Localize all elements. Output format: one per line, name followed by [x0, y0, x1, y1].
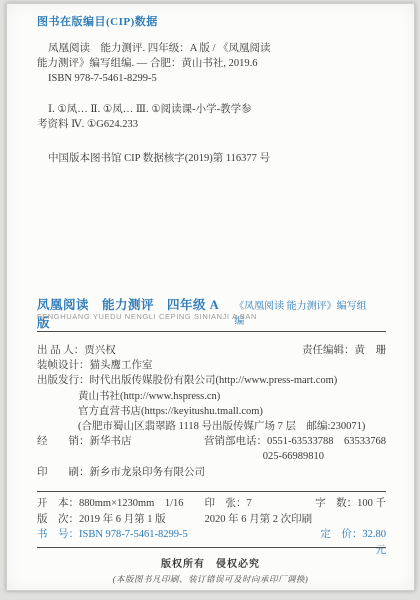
cip-class-line-2: 考资料 Ⅳ. ①G624.233	[37, 117, 386, 132]
cip-header: 图书在版编目(CIP)数据	[37, 15, 386, 30]
footer-block: 版权所有 侵权必究 (本版图书凡印刷、装订错误可及时向承印厂调换)	[7, 555, 414, 585]
impression: 2020 年 6 月第 2 次印刷	[205, 512, 345, 528]
responsible-editor: 责任编辑：黄 珊	[302, 343, 386, 358]
cip-record-number: 中国版本图书馆 CIP 数据核字(2019)第 116377 号	[37, 151, 386, 166]
spec-row-isbn: 书 号：ISBN 978-7-5461-8299-5 定 价：32.80 元	[37, 527, 386, 558]
copyright-notice: 版权所有 侵权必究	[7, 555, 414, 570]
title-pinyin: FENGHUANG YUEDU NENGLI CEPING SINIANJI A…	[37, 312, 257, 321]
official-store-line: 官方直营书店(https://keyitushu.tmall.com)	[37, 404, 386, 419]
cip-line-1: 凤凰阅读 能力测评. 四年级：A 版 / 《凤凰阅读	[37, 41, 386, 56]
divider-middle	[37, 491, 386, 492]
sales-phone-2: 025-66989810	[37, 449, 386, 464]
distribution-row: 经 销：新华书店 营销部电话：0551-63533788 63533768	[37, 434, 386, 449]
publishing-info: 出 品 人：贾兴权 责任编辑：黄 珊 装帧设计：猫头鹰工作室 出版发行：时代出版…	[37, 343, 386, 480]
publisher-line-2: 黄山书社(http://www.hspress.cn)	[37, 389, 386, 404]
divider-top	[37, 331, 386, 332]
sales-phone: 营销部电话：0551-63533788 63533768	[204, 434, 386, 449]
printed-sheets: 印 张：7	[205, 496, 310, 512]
book-number: 书 号：ISBN 978-7-5461-8299-5	[37, 527, 205, 558]
spec-row-format: 开 本：880mm×1230mm 1/16 印 张：7 字 数：100 千	[37, 496, 386, 512]
spacer-cell	[205, 527, 310, 558]
producer-row: 出 品 人：贾兴权 责任编辑：黄 珊	[37, 343, 386, 358]
divider-bottom	[37, 547, 386, 548]
publisher-line: 出版发行：时代出版传媒股份有限公司(http://www.press-mart.…	[37, 373, 386, 388]
distributor: 经 销：新华书店	[37, 434, 132, 449]
spec-row-edition: 版 次：2019 年 6 月第 1 版 2020 年 6 月第 2 次印刷	[37, 512, 386, 528]
spec-block: 开 本：880mm×1230mm 1/16 印 张：7 字 数：100 千 版 …	[37, 496, 386, 558]
cip-classification: Ⅰ. ①凤… Ⅱ. ①凤… Ⅲ. ①阅读课-小学-教学参 考资料 Ⅳ. ①G62…	[37, 102, 386, 132]
exchange-note: (本版图书凡印刷、装订错误可及时向承印厂调换)	[7, 573, 414, 585]
printer-line: 印 刷：新乡市龙泉印务有限公司	[37, 465, 386, 480]
cip-block: 图书在版编目(CIP)数据 凤凰阅读 能力测评. 四年级：A 版 / 《凤凰阅读…	[37, 15, 386, 166]
compiler-credit: 《凤凰阅读 能力测评》编写组 编	[234, 295, 386, 327]
cip-isbn: ISBN 978-7-5461-8299-5	[37, 71, 386, 86]
cip-line-2: 能力测评》编写组编. — 合肥：黄山书社, 2019.6	[37, 56, 386, 71]
copyright-page: 图书在版编目(CIP)数据 凤凰阅读 能力测评. 四年级：A 版 / 《凤凰阅读…	[6, 3, 415, 591]
publisher-address: (合肥市蜀山区翡翠路 1118 号出版传媒广场 7 层 邮编:230071)	[37, 419, 386, 434]
format: 开 本：880mm×1230mm 1/16	[37, 496, 205, 512]
design-credit: 装帧设计：猫头鹰工作室	[37, 358, 386, 373]
producer: 出 品 人：贾兴权	[37, 343, 116, 358]
edition: 版 次：2019 年 6 月第 1 版	[37, 512, 205, 528]
cip-class-line-1: Ⅰ. ①凤… Ⅱ. ①凤… Ⅲ. ①阅读课-小学-教学参	[37, 102, 386, 117]
word-count: 字 数：100 千	[309, 496, 386, 512]
price: 定 价：32.80 元	[309, 527, 386, 558]
